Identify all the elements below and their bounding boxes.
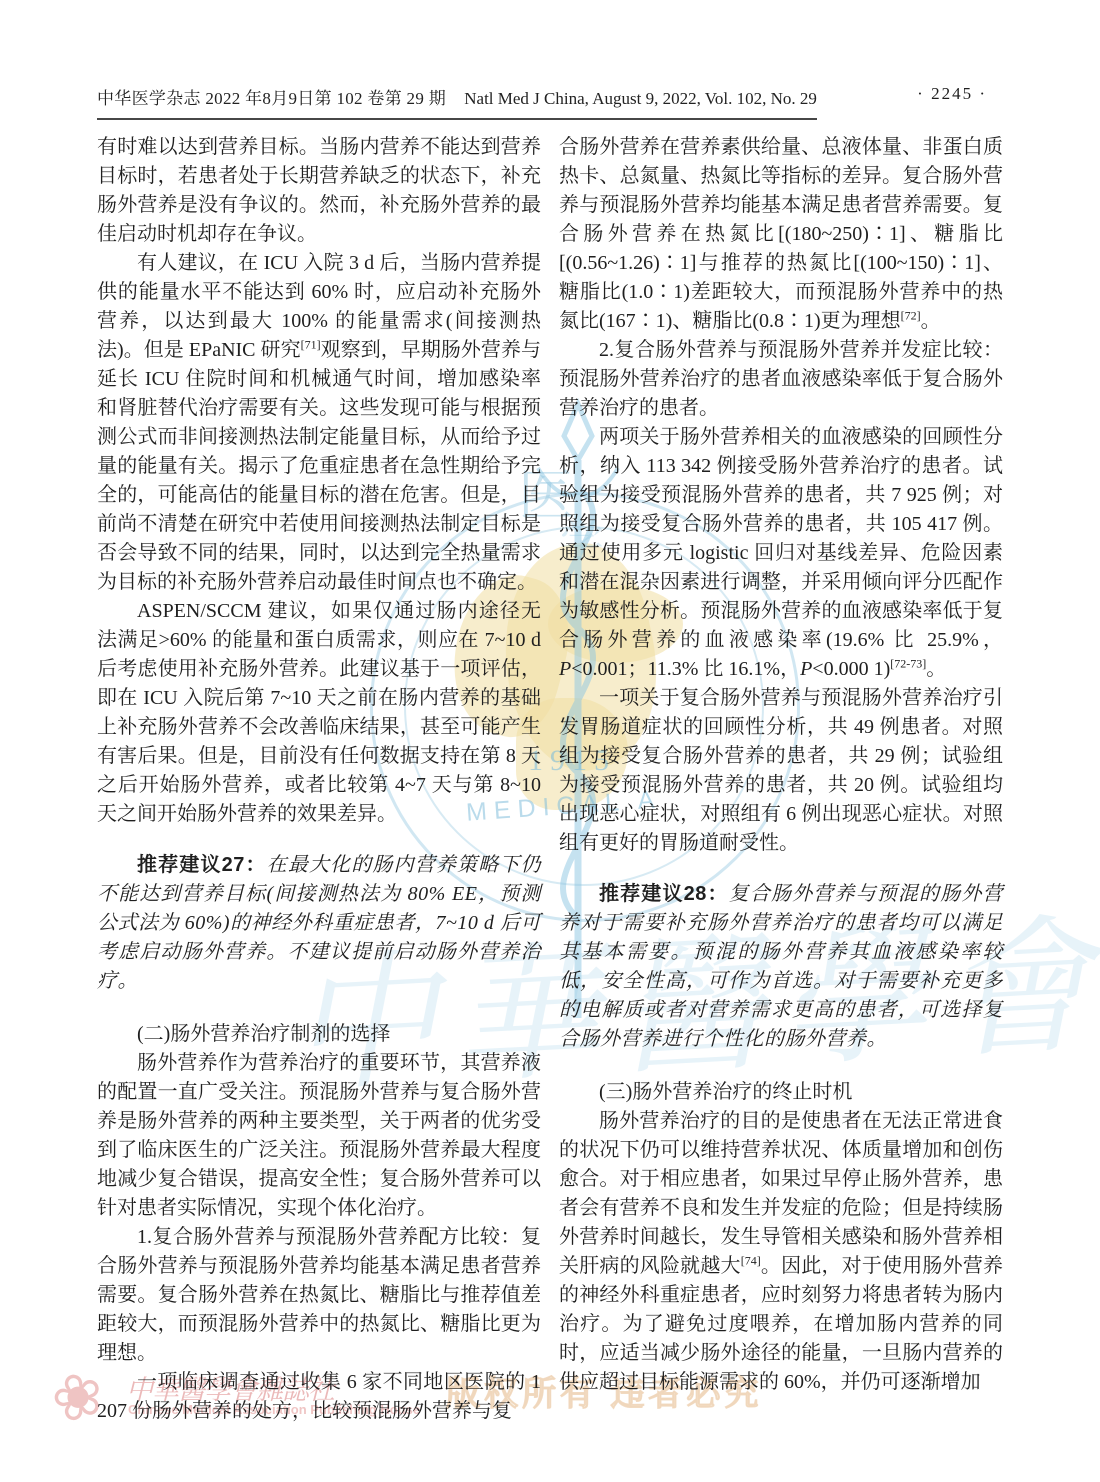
citation-superscript: [72-73] (890, 656, 926, 670)
paragraph: 一项关于复合肠外营养与预混肠外营养治疗引发胃肠道症状的回顾性分析，共 49 例患… (559, 684, 1003, 858)
paragraph: 两项关于肠外营养相关的血液感染的回顾性分析，纳入 113 342 例接受肠外营养… (559, 423, 1003, 684)
paragraph: ASPEN/SCCM 建议，如果仅通过肠内途径无法满足>60% 的能量和蛋白质需… (97, 597, 541, 829)
journal-page: 医 学 1915 MEDICAL A 中華醫學會 ❀ 中華醫學會雜誌社 Chin… (0, 0, 1100, 1482)
paragraph: 肠外营养治疗的目的是使患者在无法正常进食的状况下仍可以维持营养状况、体质量增加和… (559, 1107, 1003, 1397)
page-header: 中华医学杂志 2022 年8月9日第 102 卷第 29 期 Natl Med … (97, 84, 1003, 120)
paragraph: 推荐建议27：在最大化的肠内营养策略下仍不能达到营养目标(间接测热法为 80% … (97, 851, 541, 996)
paragraph: 1.复合肠外营养与预混肠外营养配方比较：复合肠外营养与预混肠外营养均能基本满足患… (97, 1223, 541, 1368)
paragraph: 合肠外营养在营养素供给量、总液体量、非蛋白质热卡、总氮量、热氮比等指标的差异。复… (559, 133, 1003, 336)
paragraph: 有人建议，在 ICU 入院 3 d 后，当肠内营养提供的能量水平不能达到 60%… (97, 249, 541, 597)
paragraph: 推荐建议28：复合肠外营养与预混的肠外营养对于需要补充肠外营养治疗的患者均可以满… (559, 880, 1003, 1054)
citation-superscript: [71] (301, 337, 321, 351)
paragraph: 一项临床调查通过收集 6 家不同地区医院的 1 207 份肠外营养的处方，比较预… (97, 1368, 541, 1426)
paragraph: 肠外营养作为营养治疗的重要环节，其营养液的配置一直广受关注。预混肠外营养与复合肠… (97, 1049, 541, 1223)
citation-superscript: [72] (901, 308, 921, 322)
paragraph: 2.复合肠外营养与预混肠外营养并发症比较：预混肠外营养治疗的患者血液感染率低于复… (559, 336, 1003, 423)
paragraph: 有时难以达到营养目标。当肠内营养不能达到营养目标时，若患者处于长期营养缺乏的状态… (97, 133, 541, 249)
column-left: 有时难以达到营养目标。当肠内营养不能达到营养目标时，若患者处于长期营养缺乏的状态… (97, 133, 541, 1426)
journal-title-en: Natl Med J China, August 9, 2022, Vol. 1… (464, 89, 817, 108)
journal-title-cn: 中华医学杂志 2022 年8月9日第 102 卷第 29 期 (97, 89, 446, 108)
page-number: · 2245 · (917, 84, 987, 104)
paragraph: (二)肠外营养治疗制剂的选择 (97, 1020, 541, 1049)
article-body: 有时难以达到营养目标。当肠内营养不能达到营养目标时，若患者处于长期营养缺乏的状态… (97, 133, 1003, 1426)
column-right: 合肠外营养在营养素供给量、总液体量、非蛋白质热卡、总氮量、热氮比等指标的差异。复… (559, 133, 1003, 1426)
journal-title: 中华医学杂志 2022 年8月9日第 102 卷第 29 期 Natl Med … (97, 84, 817, 120)
citation-superscript: [74] (741, 1253, 761, 1267)
paragraph: (三)肠外营养治疗的终止时机 (559, 1078, 1003, 1107)
